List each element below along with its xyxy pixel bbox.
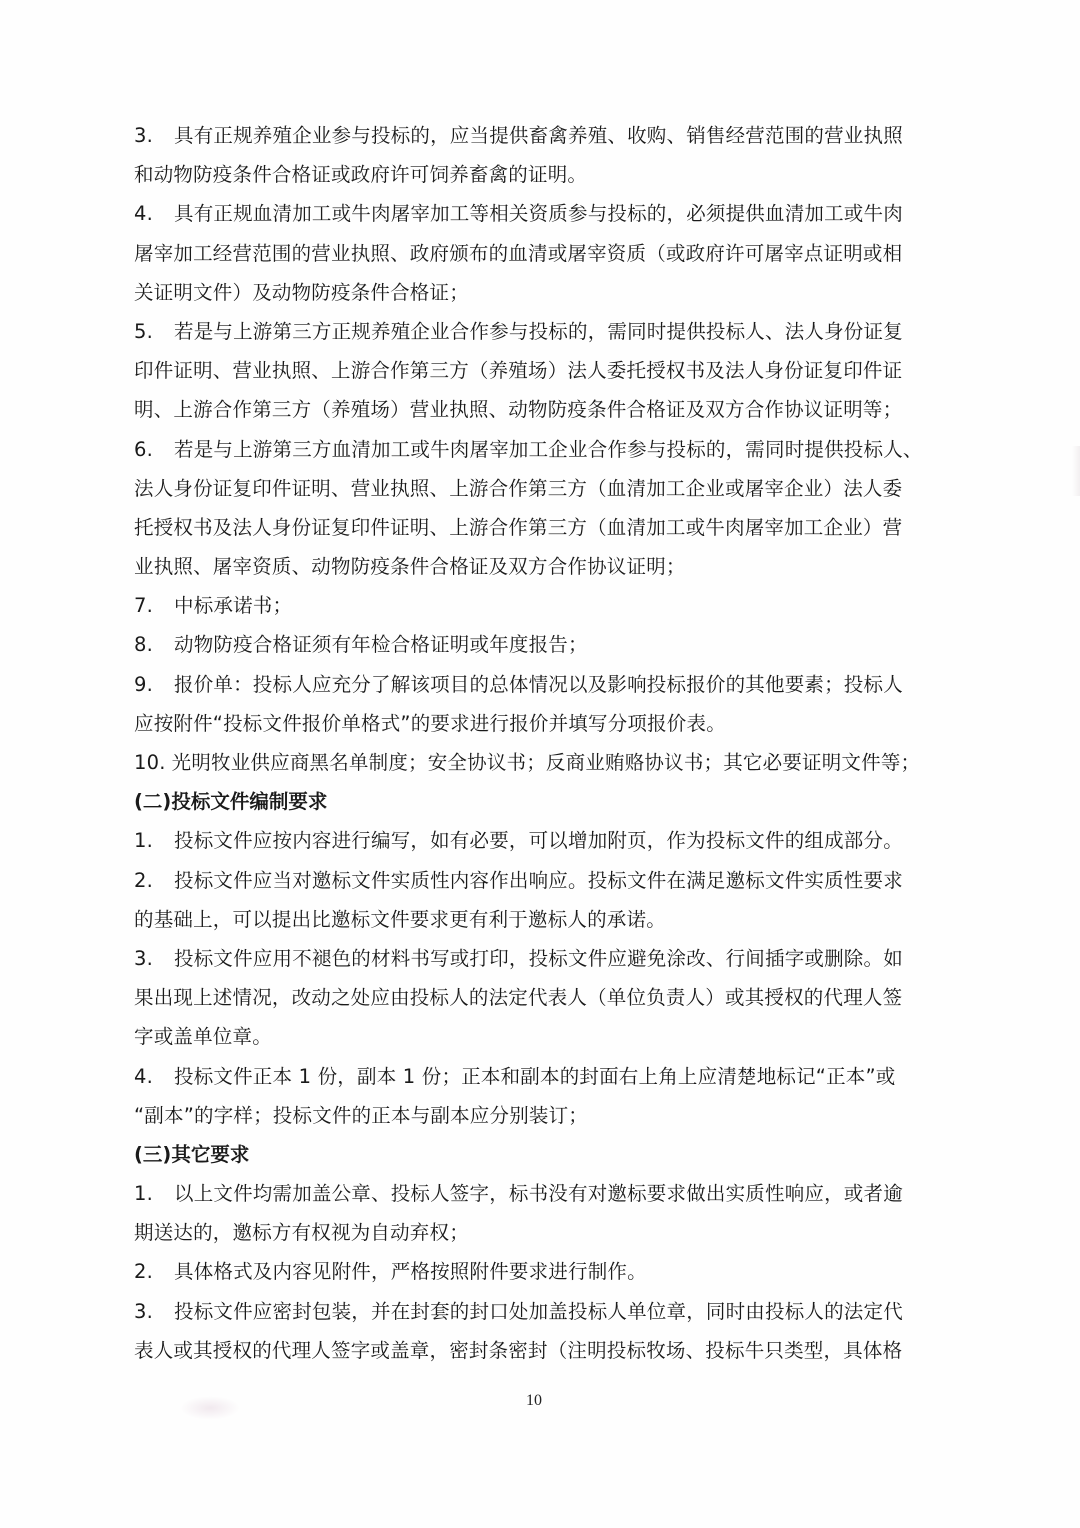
section-heading: (二)投标文件编制要求 xyxy=(134,782,934,821)
section-heading: (三)其它要求 xyxy=(134,1135,934,1174)
item-number: 2. xyxy=(134,1252,174,1291)
item-number: 1. xyxy=(134,1174,174,1213)
item-text: 投标文件应当对邀标文件实质性内容作出响应。投标文件在满足邀标文件实质性要求 xyxy=(174,869,903,892)
item-text: 中标承诺书； xyxy=(174,594,292,617)
item-text: 动物防疫合格证须有年检合格证明或年度报告； xyxy=(174,633,588,656)
list-item: 4.具有正规血清加工或牛肉屠宰加工等相关资质参与投标的，必须提供血清加工或牛肉 … xyxy=(134,194,934,312)
item-text: 的基础上，可以提出比邀标文件要求更有利于邀标人的承诺。 xyxy=(134,900,934,939)
list-item: 1.投标文件应按内容进行编写，如有必要，可以增加附页，作为投标文件的组成部分。 xyxy=(134,821,934,860)
item-number: 10. xyxy=(134,743,166,782)
item-number: 5. xyxy=(134,312,174,351)
item-text: 若是与上游第三方正规养殖企业合作参与投标的，需同时提供投标人、法人身份证复 xyxy=(174,320,903,343)
list-item: 7.中标承诺书； xyxy=(134,586,934,625)
item-text: 期送达的，邀标方有权视为自动弃权； xyxy=(134,1213,934,1252)
item-number: 3. xyxy=(134,116,174,155)
list-item: 5.若是与上游第三方正规养殖企业合作参与投标的，需同时提供投标人、法人身份证复 … xyxy=(134,312,934,430)
item-text: 光明牧业供应商黑名单制度；安全协议书；反商业贿赂协议书；其它必要证明文件等； xyxy=(172,751,921,774)
item-text: 报价单：投标人应充分了解该项目的总体情况以及影响投标报价的其他要素；投标人 xyxy=(174,673,903,696)
list-item: 10.光明牧业供应商黑名单制度；安全协议书；反商业贿赂协议书；其它必要证明文件等… xyxy=(134,743,934,782)
item-text: 明、上游合作第三方（养殖场）营业执照、动物防疫条件合格证及双方合作协议证明等； xyxy=(134,390,934,429)
item-number: 8. xyxy=(134,625,174,664)
list-item: 4.投标文件正本 1 份，副本 1 份；正本和副本的封面右上角上应清楚地标记“正… xyxy=(134,1057,934,1135)
item-text: 和动物防疫条件合格证或政府许可饲养畜禽的证明。 xyxy=(134,155,934,194)
item-number: 2. xyxy=(134,861,174,900)
item-text: 投标文件应密封包装，并在封套的封口处加盖投标人单位章，同时由投标人的法定代 xyxy=(174,1300,903,1323)
item-text: 投标文件正本 1 份，副本 1 份；正本和副本的封面右上角上应清楚地标记“正本”… xyxy=(174,1065,896,1088)
item-text: 业执照、屠宰资质、动物防疫条件合格证及双方合作协议证明； xyxy=(134,547,934,586)
item-text: 托授权书及法人身份证复印件证明、上游合作第三方（血清加工或牛肉屠宰加工企业）营 xyxy=(134,508,934,547)
item-text: 若是与上游第三方血清加工或牛肉屠宰加工企业合作参与投标的，需同时提供投标人、 xyxy=(174,438,923,461)
item-number: 7. xyxy=(134,586,174,625)
page-number: 10 xyxy=(0,1392,1068,1410)
item-text: 字或盖单位章。 xyxy=(134,1017,934,1056)
list-item: 6.若是与上游第三方血清加工或牛肉屠宰加工企业合作参与投标的，需同时提供投标人、… xyxy=(134,430,934,587)
document-page: 3.具有正规养殖企业参与投标的，应当提供畜禽养殖、收购、销售经营范围的营业执照 … xyxy=(0,0,1080,1528)
item-text: 屠宰加工经营范围的营业执照、政府颁布的血清或屠宰资质（或政府许可屠宰点证明或相 xyxy=(134,234,934,273)
item-text: 投标文件应用不褪色的材料书写或打印，投标文件应避免涂改、行间插字或删除。如 xyxy=(174,947,903,970)
list-item: 8.动物防疫合格证须有年检合格证明或年度报告； xyxy=(134,625,934,664)
item-text: 具有正规养殖企业参与投标的，应当提供畜禽养殖、收购、销售经营范围的营业执照 xyxy=(174,124,903,147)
list-item: 3.具有正规养殖企业参与投标的，应当提供畜禽养殖、收购、销售经营范围的营业执照 … xyxy=(134,116,934,194)
item-text: 印件证明、营业执照、上游合作第三方（养殖场）法人委托授权书及法人身份证复印件证 xyxy=(134,351,934,390)
item-text: 以上文件均需加盖公章、投标人签字，标书没有对邀标要求做出实质性响应，或者逾 xyxy=(174,1182,903,1205)
item-text: 具体格式及内容见附件，严格按照附件要求进行制作。 xyxy=(174,1260,647,1283)
item-number: 3. xyxy=(134,1292,174,1331)
document-body: 3.具有正规养殖企业参与投标的，应当提供畜禽养殖、收购、销售经营范围的营业执照 … xyxy=(134,116,934,1370)
item-number: 4. xyxy=(134,1057,174,1096)
item-number: 9. xyxy=(134,665,174,704)
item-text: 表人或其授权的代理人签字或盖章，密封条密封（注明投标牧场、投标牛只类型，具体格 xyxy=(134,1331,934,1370)
list-item: 2.投标文件应当对邀标文件实质性内容作出响应。投标文件在满足邀标文件实质性要求 … xyxy=(134,861,934,939)
item-number: 1. xyxy=(134,821,174,860)
list-item: 3.投标文件应用不褪色的材料书写或打印，投标文件应避免涂改、行间插字或删除。如 … xyxy=(134,939,934,1057)
item-number: 3. xyxy=(134,939,174,978)
scan-edge-mark xyxy=(1072,446,1080,496)
item-number: 4. xyxy=(134,194,174,233)
item-text: 应按附件“投标文件报价单格式”的要求进行报价并填写分项报价表。 xyxy=(134,704,934,743)
item-text: 投标文件应按内容进行编写，如有必要，可以增加附页，作为投标文件的组成部分。 xyxy=(174,829,903,852)
item-text: 法人身份证复印件证明、营业执照、上游合作第三方（血清加工企业或屠宰企业）法人委 xyxy=(134,469,934,508)
item-number: 6. xyxy=(134,430,174,469)
item-text: 关证明文件）及动物防疫条件合格证； xyxy=(134,273,934,312)
list-item: 1.以上文件均需加盖公章、投标人签字，标书没有对邀标要求做出实质性响应，或者逾 … xyxy=(134,1174,934,1252)
list-item: 3.投标文件应密封包装，并在封套的封口处加盖投标人单位章，同时由投标人的法定代 … xyxy=(134,1292,934,1370)
list-item: 9.报价单：投标人应充分了解该项目的总体情况以及影响投标报价的其他要素；投标人 … xyxy=(134,665,934,743)
item-text: “副本”的字样；投标文件的正本与副本应分别装订； xyxy=(134,1096,934,1135)
item-text: 果出现上述情况，改动之处应由投标人的法定代表人（单位负责人）或其授权的代理人签 xyxy=(134,978,934,1017)
item-text: 具有正规血清加工或牛肉屠宰加工等相关资质参与投标的，必须提供血清加工或牛肉 xyxy=(174,202,903,225)
list-item: 2.具体格式及内容见附件，严格按照附件要求进行制作。 xyxy=(134,1252,934,1291)
